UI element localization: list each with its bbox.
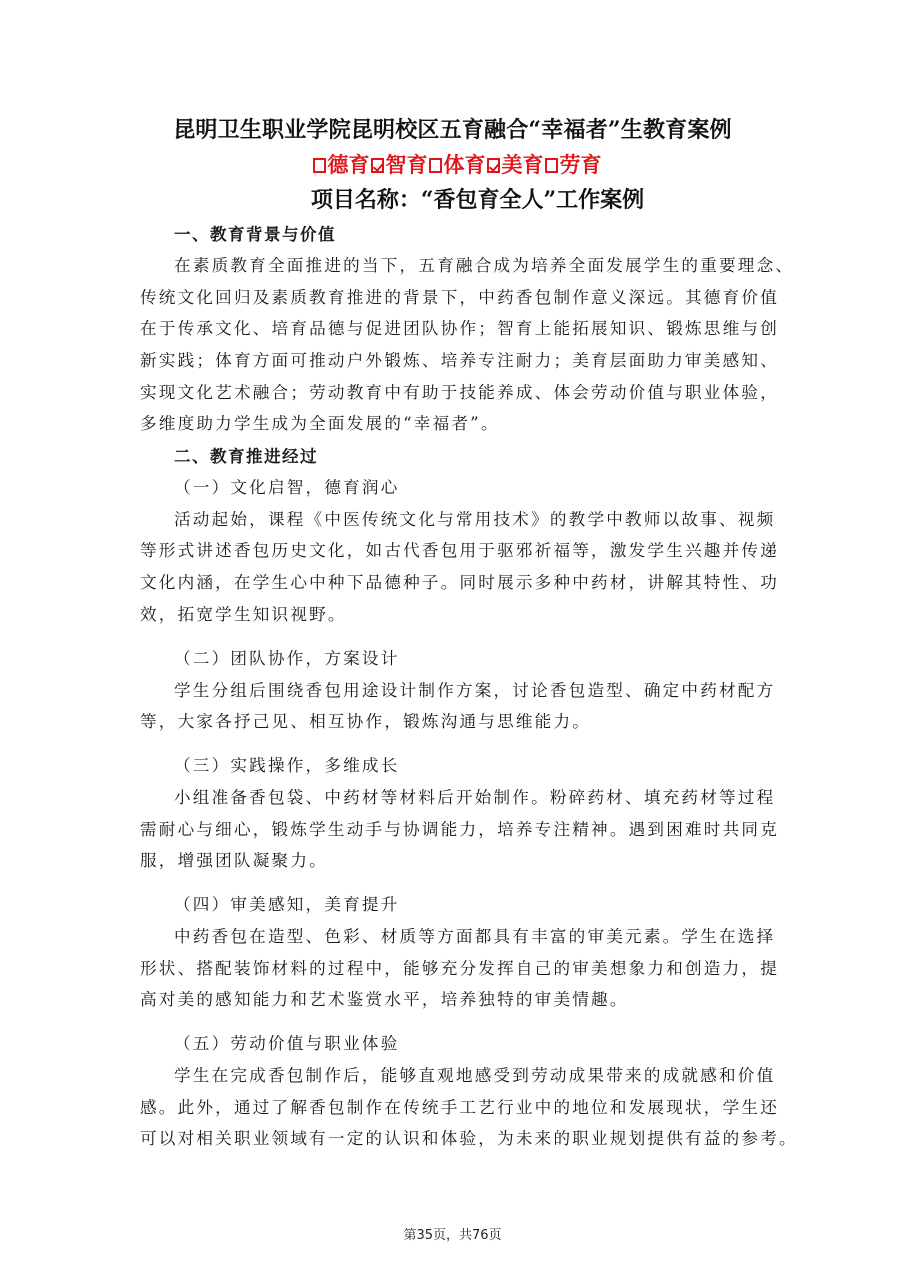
project-title: 项目名称：“香包育全人”工作案例 (0, 183, 905, 214)
unchecked-box-icon (313, 158, 326, 173)
tag-label: 体育 (444, 149, 486, 179)
tag-meiyu: 美育 (486, 149, 544, 179)
tag-label: 劳育 (560, 149, 602, 179)
education-tags: 德育 智育 体育 美育 劳育 (0, 149, 905, 179)
tag-zhiyu: 智育 (370, 149, 428, 179)
checked-box-icon (371, 158, 384, 173)
document-title: 昆明卫生职业学院昆明校区五育融合“幸福者”生教育案例 (0, 113, 905, 144)
paragraph-line: 文化内涵，在学生心中种下品德种子。同时展示多种中药材，讲解其特性、功 (140, 567, 779, 599)
paragraph-line: 效，拓宽学生知识视野。 (140, 599, 347, 631)
paragraph-line: 等，大家各抒己见、相互协作，锻炼沟通与思维能力。 (140, 706, 591, 738)
paragraph-line: 服，增强团队凝聚力。 (140, 845, 328, 877)
paragraph-line: 高对美的感知能力和艺术鉴赏水平，培养独特的审美情趣。 (140, 984, 629, 1016)
section-heading-process: 二、教育推进经过 (174, 441, 318, 473)
paragraph-line: 学生在完成香包制作后，能够直观地感受到劳动成果带来的成就感和价值 (174, 1060, 775, 1092)
paragraph-line: 等形式讲述香包历史文化，如古代香包用于驱邪祈福等，激发学生兴趣并传递 (140, 535, 779, 567)
paragraph-line: 实现文化艺术融合；劳动教育中有助于技能养成、体会劳动价值与职业体验， (140, 377, 779, 409)
subsection-heading: （二）团队协作，方案设计 (174, 643, 400, 675)
tag-tiyu: 体育 (428, 149, 486, 179)
document-page: 昆明卫生职业学院昆明校区五育融合“幸福者”生教育案例 德育 智育 体育 美育 劳… (0, 0, 905, 1280)
section-heading-background: 一、教育背景与价值 (174, 219, 336, 251)
paragraph-line: 小组准备香包袋、中药材等材料后开始制作。粉碎药材、填充药材等过程 (174, 782, 775, 814)
paragraph-line: 在于传承文化、培育品德与促进团队协作；智育上能拓展知识、锻炼思维与创 (140, 313, 779, 345)
paragraph-line: 可以对相关职业领域有一定的认识和体验，为未来的职业规划提供有益的参考。 (140, 1123, 798, 1155)
tag-laoyu: 劳育 (544, 149, 602, 179)
paragraph-line: 学生分组后围绕香包用途设计制作方案，讨论香包造型、确定中药材配方 (174, 675, 775, 707)
subsection-heading: （四）审美感知，美育提升 (174, 889, 400, 921)
paragraph-line: 中药香包在造型、色彩、材质等方面都具有丰富的审美元素。学生在选择 (174, 921, 775, 953)
paragraph-line: 形状、搭配装饰材料的过程中，能够充分发挥自己的审美想象力和创造力，提 (140, 953, 779, 985)
paragraph-line: 多维度助力学生成为全面发展的“幸福者”。 (140, 408, 500, 440)
page-number: 第35页，共76页 (0, 1224, 905, 1243)
paragraph-line: 感。此外，通过了解香包制作在传统手工艺行业中的地位和发展现状，学生还 (140, 1092, 779, 1124)
tag-label: 美育 (502, 149, 544, 179)
paragraph-line: 在素质教育全面推进的当下，五育融合成为培养全面发展学生的重要理念、 (174, 250, 794, 282)
subsection-heading: （三）实践操作，多维成长 (174, 750, 400, 782)
paragraph-line: 传统文化回归及素质教育推进的背景下，中药香包制作意义深远。其德育价值 (140, 282, 779, 314)
tag-deyu: 德育 (312, 149, 370, 179)
subsection-heading: （五）劳动价值与职业体验 (174, 1028, 400, 1060)
paragraph-line: 活动起始，课程《中医传统文化与常用技术》的教学中教师以故事、视频 (174, 504, 775, 536)
tag-label: 智育 (386, 149, 428, 179)
paragraph-line: 需耐心与细心，锻炼学生动手与协调能力，培养专注精神。遇到困难时共同克 (140, 814, 779, 846)
unchecked-box-icon (429, 158, 442, 173)
tag-label: 德育 (328, 149, 370, 179)
unchecked-box-icon (545, 158, 558, 173)
checked-box-icon (487, 158, 500, 173)
subsection-heading: （一）文化启智，德育润心 (174, 472, 400, 504)
paragraph-line: 新实践；体育方面可推动户外锻炼、培养专注耐力；美育层面助力审美感知、 (140, 345, 779, 377)
